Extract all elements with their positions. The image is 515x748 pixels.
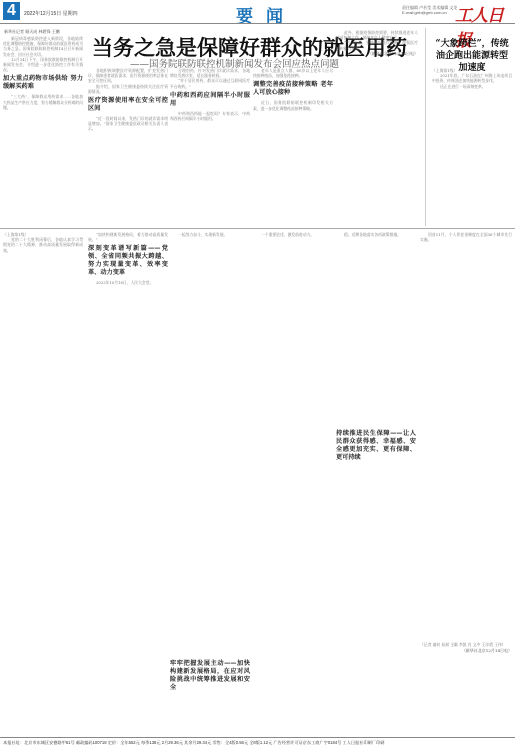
column-divider [425, 28, 426, 226]
lower-col-3: 一起努力奋斗，实现新发展。 牢牢把握发展主动——加快构建新发展格局，在应对风险挑… [170, 232, 250, 732]
main-byline: 新华社记者 顾天成 林碧锋 王鹏 [4, 29, 60, 35]
editor-credits: 责任编辑 卢若莹 美术编辑 文龙 E-mail:grrb@grrb.com.cn [402, 5, 462, 15]
page-number: 4 [3, 2, 20, 20]
footer-imprint: 本报社址：北京市东城区安德路甲61号 邮政编码100718 定价：全年552元 … [0, 737, 515, 748]
side-story-body: （上海第1线） 2021年底，广东石油在广州海上风电项目中投资，传统油企加快能源… [432, 68, 512, 226]
lower-col-2: “加快构建新发展格局，着力推动高质量发展。” 深刻变革谱写新篇——党领、全省同频… [88, 232, 168, 732]
issue-date: 2022年12月15日 星期四 [24, 10, 78, 17]
main-col-5: 此外，根据疫情防控需要，持续推进老年人疫苗接种工作，保障老年人健康安全。 “另一… [336, 30, 418, 226]
lower-col-4: 一个重要论述，激发前进动力。 [253, 232, 333, 732]
lower-subhead-3: 牢牢把握发展主动——加快构建新发展格局，在应对风险挑战中统筹推进发展和安全 [170, 660, 250, 692]
main-subhead-4: 调整完善疫苗接种策略 老年人可放心接种 [253, 81, 333, 97]
masthead-rule [0, 23, 515, 24]
main-subhead-1: 加大重点药物市场供给 努力缓解买药难 [3, 75, 83, 91]
main-col-3: 合理用药，针对发热门诊就诊需求，各地增设发热诊室，延长服务时间。 “对于居民用药… [170, 68, 250, 226]
lower-subhead-1: 深刻变革谱写新篇——党领、全省同频共振大跨越、努力实现量变革、效率变革、动力变革 [88, 245, 168, 277]
lower-col-1: （上海第1线） 党的二十大胜利闭幕后，各地认真学习贯彻党的二十大精神，推动高质量… [3, 232, 83, 732]
main-col-4: 老年人是重点人群，60岁以上老年人应尽快接种疫苗，加强免疫接种。 调整完善疫苗接… [253, 68, 333, 226]
main-subhead-3: 中药和西药应间隔半小时服用 [170, 92, 250, 108]
lower-source-note: （新华社北京12月14日电） [420, 648, 512, 653]
masthead: 4 2022年12月15日 星期四 要 闻 责任编辑 卢若莹 美术编辑 文龙 E… [0, 0, 515, 24]
lower-subhead-2: 持续推进民生保障——让人民群众获得感、幸福感、安全感更加充实、更有保障、更可持续 [336, 430, 416, 462]
main-subhead-2: 医疗资源使用率在安全可控区间 [88, 97, 168, 113]
main-col-1: 新冠病毒感染防控进入新阶段，各地陆续优化调整防控措施，保障好群众的就医用药成为当… [3, 36, 83, 226]
reporter-credits: （记者 翁何 易斌 全霸 李凯 肖 文中 王洋霞 王伟） [420, 642, 512, 647]
main-source-note: （新华社北京12月14日电） [336, 51, 418, 56]
section-divider [0, 228, 515, 229]
main-col-2: 各地积极调整医疗资源配置，扩充发热门诊，保障患者就医需求，医疗资源使用率总体在安… [88, 68, 168, 226]
lower-col-6: 回首11月，个人养老金制度在全国36个城市先行实施。 （记者 翁何 易斌 全霸 … [420, 232, 512, 732]
lower-col-5: 稳。近期各地落实各项政策措施。 持续推进民生保障——让人民群众获得感、幸福感、安… [336, 232, 416, 732]
